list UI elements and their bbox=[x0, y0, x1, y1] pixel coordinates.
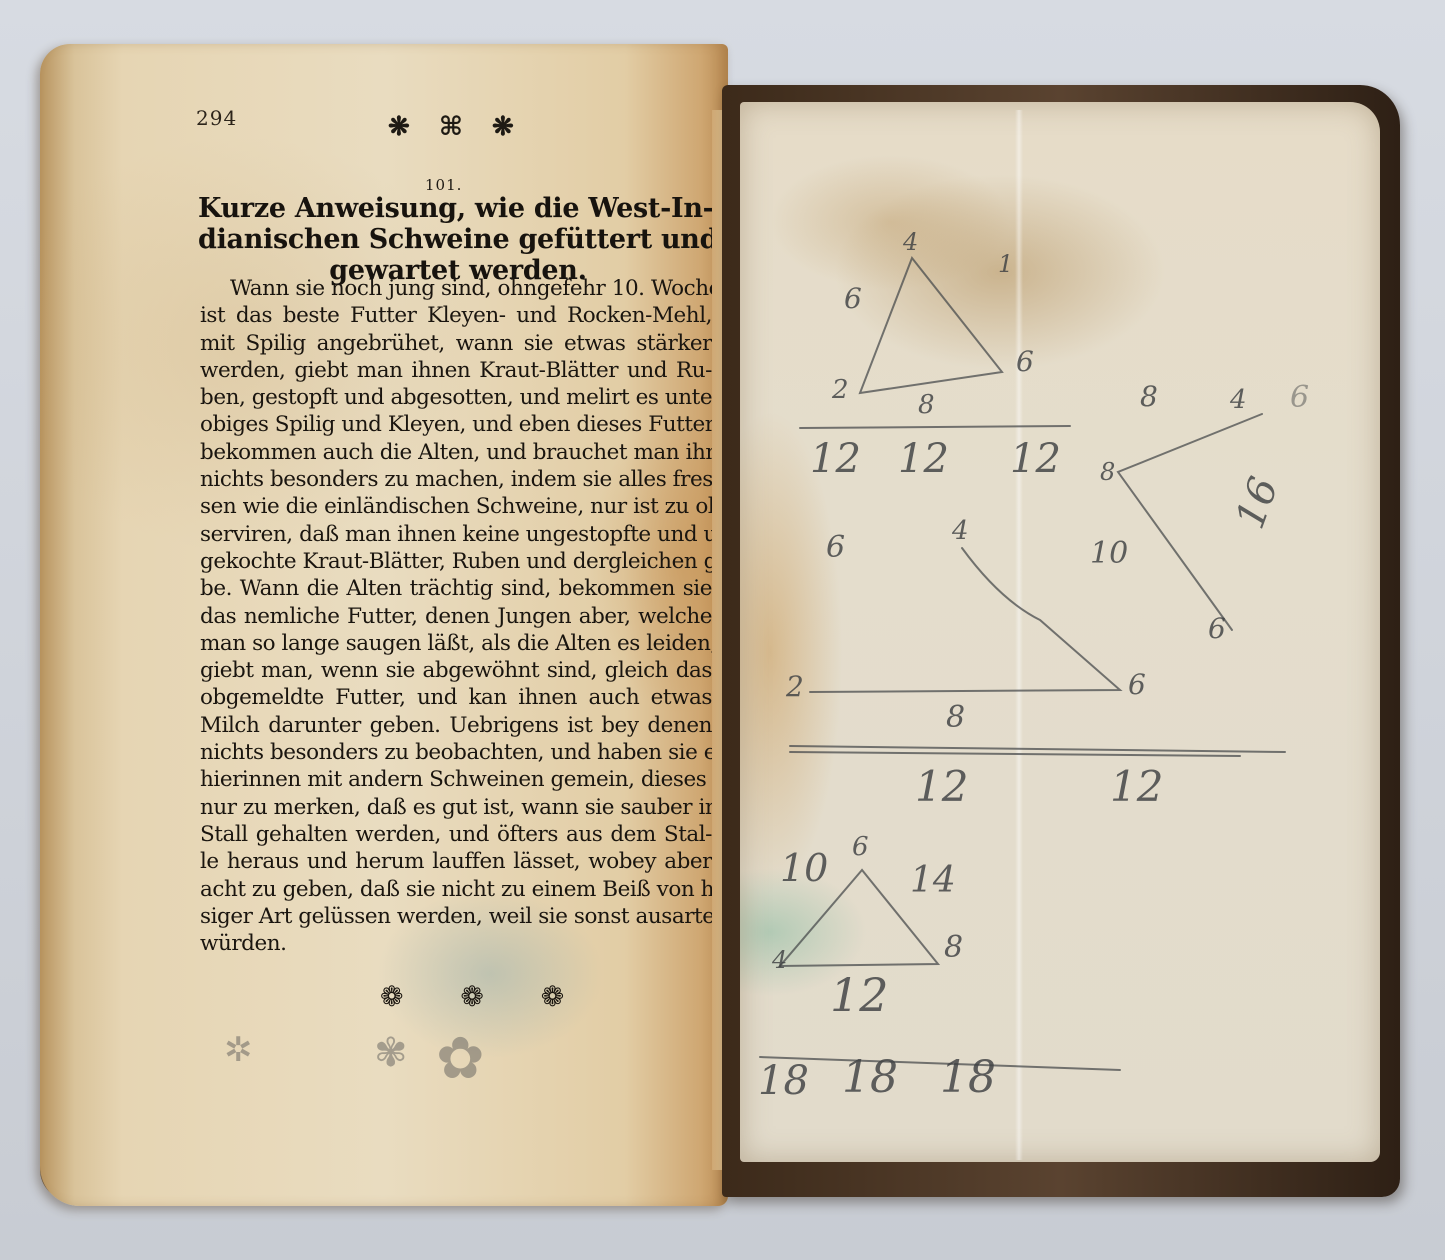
text-line: obiges Spilig und Kleyen, und eben diese… bbox=[200, 411, 712, 438]
sketch-sum: 18 bbox=[758, 1058, 809, 1104]
text-line: bekommen auch die Alten, und brauchet ma… bbox=[200, 439, 712, 466]
sketch-label: 6 bbox=[844, 282, 862, 315]
sketch-label: 8 bbox=[918, 390, 935, 420]
sketch-label: 4 bbox=[952, 516, 969, 546]
sketch-label: 6 bbox=[1290, 380, 1309, 415]
sketch-sum: 12 bbox=[1110, 762, 1163, 811]
sketch-label: 8 bbox=[1100, 458, 1115, 486]
text-line: Stall gehalten werden, und öfters aus de… bbox=[200, 821, 712, 848]
text-line: nur zu merken, daß es gut ist, wann sie … bbox=[200, 794, 712, 821]
text-line: be. Wann die Alten trächtig sind, bekomm… bbox=[200, 575, 712, 602]
sketch-label: 12 bbox=[830, 968, 889, 1022]
sketch-label: 2 bbox=[786, 670, 804, 703]
sketch-sum: 12 bbox=[915, 762, 968, 811]
chapter-number: 101. bbox=[425, 176, 462, 194]
text-line: ist das beste Futter Kleyen- und Rocken-… bbox=[200, 302, 712, 329]
sketch-label: 2 bbox=[832, 375, 849, 405]
text-line: obgemeldte Futter, und kan ihnen auch et… bbox=[200, 684, 712, 711]
chapter-title: Kurze Anweisung, wie die West-In- dianis… bbox=[198, 193, 718, 286]
sketch-label: 6 bbox=[1208, 612, 1226, 645]
sketch-label: 4 bbox=[903, 228, 918, 256]
sketch-label: 10 bbox=[1090, 536, 1128, 571]
text-line: nichts besonders zu beobachten, und habe… bbox=[200, 739, 712, 766]
sketch-label: 6 bbox=[826, 530, 845, 565]
sketch-sum: 18 bbox=[842, 1052, 898, 1103]
sketch-label: 4 bbox=[1230, 385, 1247, 415]
pencil-flower-icon: ✾ bbox=[374, 1030, 408, 1076]
text-line: serviren, daß man ihnen keine ungestopft… bbox=[200, 521, 712, 548]
page-number: 294 bbox=[196, 106, 237, 130]
text-line: Milch darunter geben. Uebrigens ist bey … bbox=[200, 712, 712, 739]
sketch-label: 10 bbox=[780, 846, 828, 890]
tail-ornament-icon: ❁ ❁ ❁ bbox=[380, 980, 588, 1013]
sketch-sum: 12 bbox=[810, 436, 861, 482]
sketch-label: 14 bbox=[910, 860, 956, 901]
title-line: Kurze Anweisung, wie die West-In- bbox=[198, 193, 718, 224]
text-line: werden, giebt man ihnen Kraut-Blätter un… bbox=[200, 357, 712, 384]
sketch-label: 8 bbox=[944, 930, 963, 965]
text-line: Wann sie noch jung sind, ohngefehr 10. W… bbox=[200, 275, 712, 302]
text-line: sen wie die einländischen Schweine, nur … bbox=[200, 493, 712, 520]
pencil-flower-icon: ✿ bbox=[436, 1024, 485, 1092]
pencil-flower-icon: ✲ bbox=[224, 1030, 253, 1070]
text-line: hierinnen mit andern Schweinen gemein, d… bbox=[200, 766, 712, 793]
sketch-label: 4 bbox=[772, 946, 787, 974]
sketch-label: 6 bbox=[852, 832, 869, 862]
sketch-label: 8 bbox=[1140, 380, 1158, 413]
sketch-label: 6 bbox=[1016, 345, 1034, 378]
sketch-label: 8 bbox=[946, 700, 965, 735]
body-text: Wann sie noch jung sind, ohngefehr 10. W… bbox=[200, 275, 712, 957]
text-line: le heraus und herum lauffen lässet, wobe… bbox=[200, 848, 712, 875]
text-line: mit Spilig angebrühet, wann sie etwas st… bbox=[200, 330, 712, 357]
text-line: acht zu geben, daß sie nicht zu einem Be… bbox=[200, 876, 712, 903]
sketch-sum: 12 bbox=[1010, 436, 1061, 482]
open-book: 294 ❋ ⌘ ❋ 101. Kurze Anweisung, wie die … bbox=[0, 0, 1445, 1260]
sketch-label: 6 bbox=[1128, 668, 1146, 701]
title-line: dianischen Schweine gefüttert und bbox=[198, 224, 718, 255]
sketch-label: 1 bbox=[998, 250, 1013, 278]
text-line: man so lange saugen läßt, als die Alten … bbox=[200, 630, 712, 657]
page-fold bbox=[1015, 110, 1023, 1160]
text-line: giebt man, wenn sie abgewöhnt sind, glei… bbox=[200, 657, 712, 684]
text-line: nichts besonders zu machen, indem sie al… bbox=[200, 466, 712, 493]
text-line: siger Art gelüssen werden, weil sie sons… bbox=[200, 903, 712, 930]
sketch-sum: 18 bbox=[940, 1052, 996, 1103]
header-ornament-icon: ❋ ⌘ ❋ bbox=[388, 112, 524, 142]
text-line: ben, gestopft und abgesotten, und melirt… bbox=[200, 384, 712, 411]
text-line: das nemliche Futter, denen Jungen aber, … bbox=[200, 603, 712, 630]
text-line: gekochte Kraut-Blätter, Ruben und dergle… bbox=[200, 548, 712, 575]
sketch-sum: 12 bbox=[898, 436, 949, 482]
text-line: würden. bbox=[200, 930, 712, 957]
